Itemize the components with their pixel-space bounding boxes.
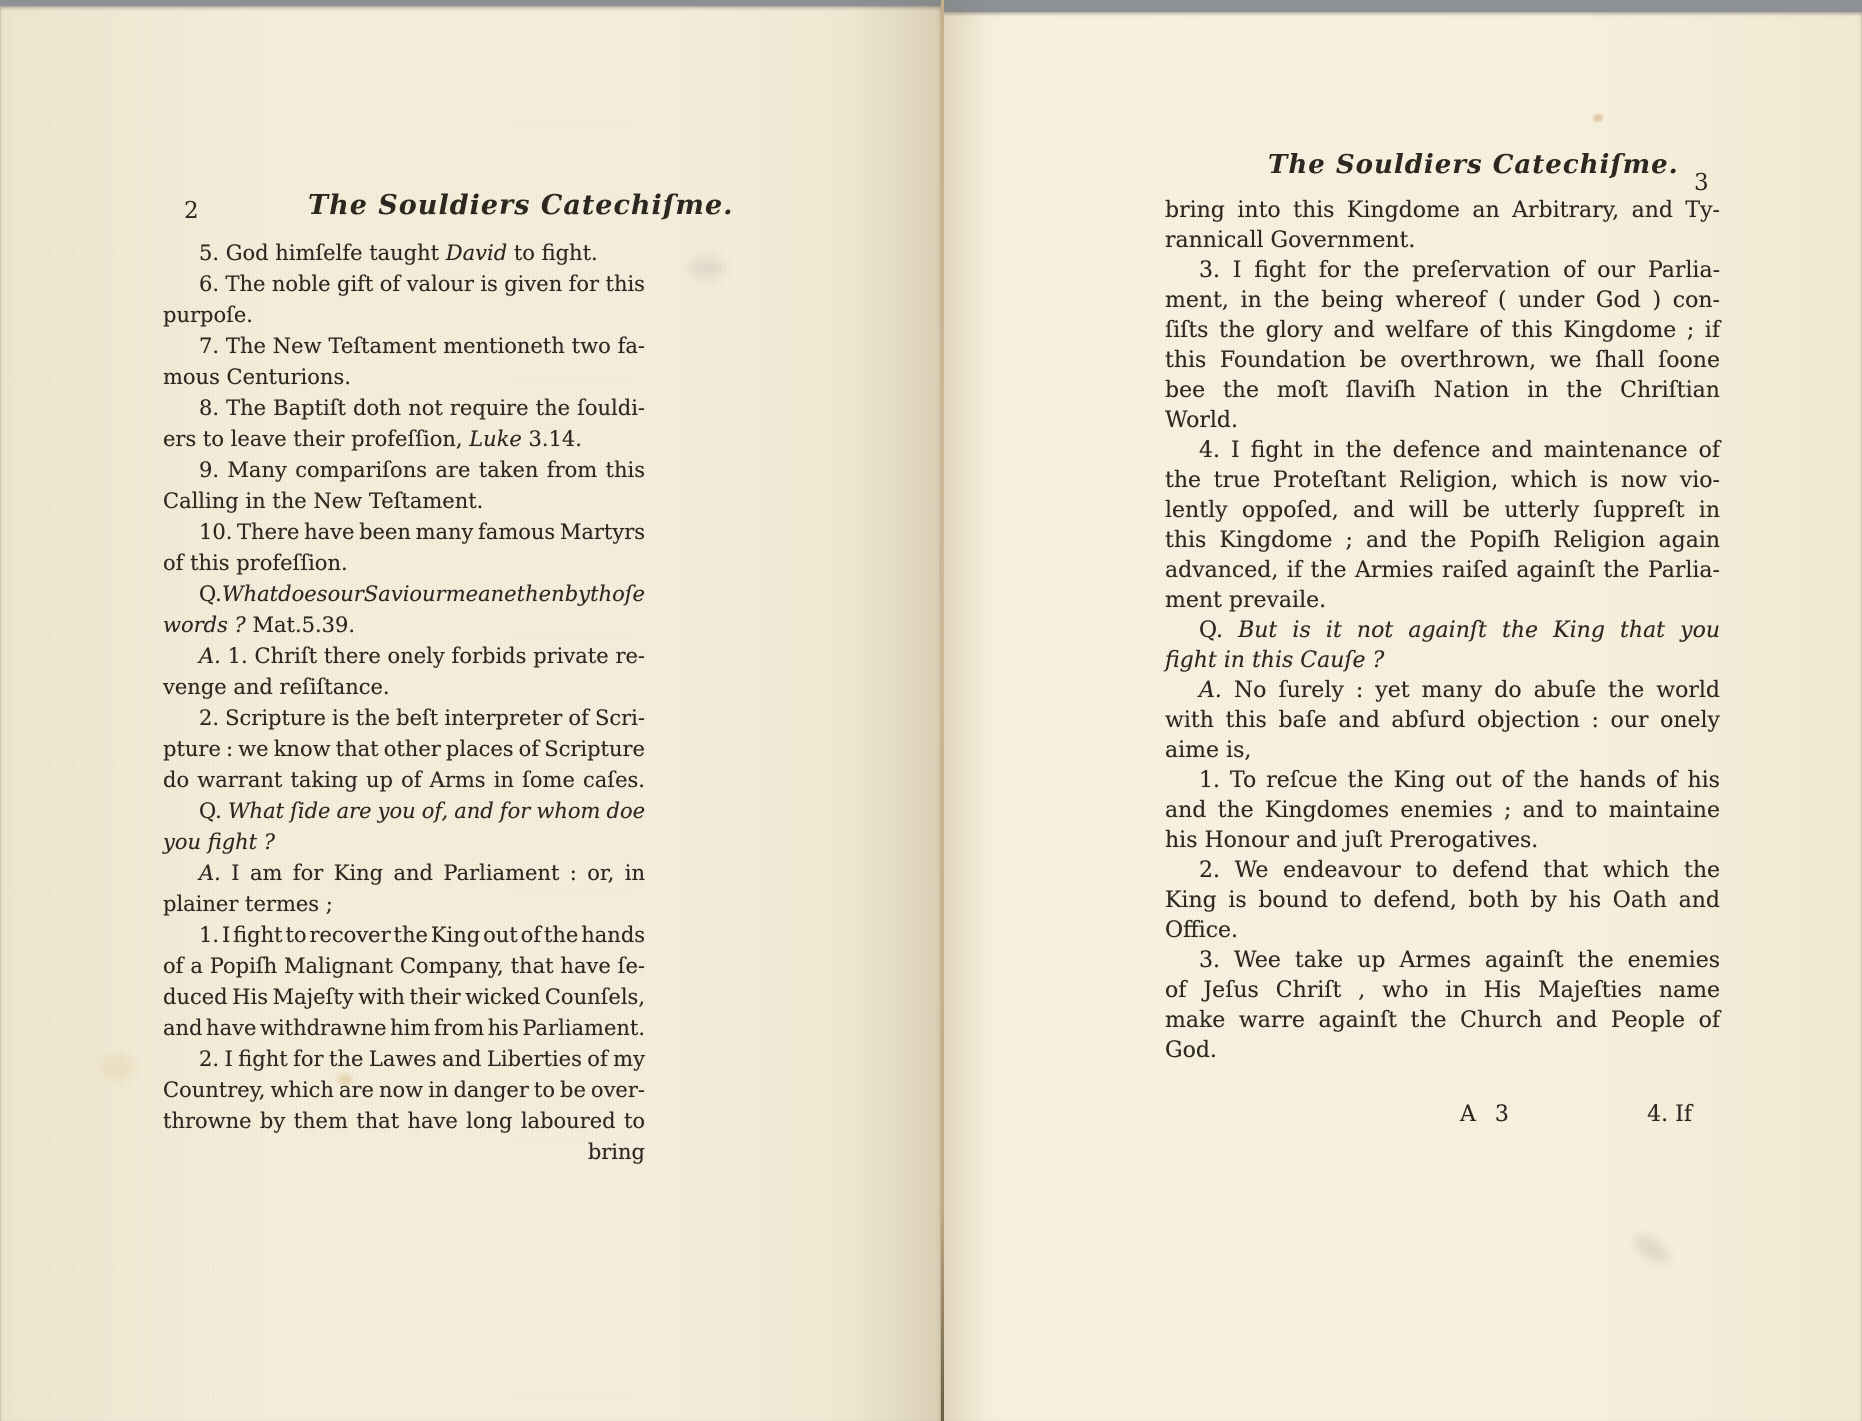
text-line: bee the moſt ſlaviſh Nation in the Chriſ… (1165, 376, 1720, 406)
binding-gutter (941, 0, 944, 1421)
catchword: bring (163, 1137, 645, 1168)
text-line: duced His Majeſty with their wicked Coun… (163, 982, 645, 1013)
text-line: 3. Wee take up Armes againſt the enemies (1165, 946, 1720, 976)
running-title-left: The Souldiers Catechiſme. (308, 190, 638, 221)
text-line: ment prevaile. (1165, 586, 1720, 616)
text-line: with this baſe and abſurd objection : ou… (1165, 706, 1720, 736)
text-line: 1. I fight to recover the King out of th… (163, 920, 645, 951)
text-line: words ? Mat.5.39. (163, 610, 645, 641)
text-line: pture : we know that other places of Scr… (163, 734, 645, 765)
running-title-right: The Souldiers Catechiſme. (1268, 150, 1592, 180)
stain (1629, 1230, 1672, 1268)
text-line: Q. What does our Saviour meane then by t… (163, 579, 645, 610)
text-line: 7. The New Teſtament mentioneth two fa- (163, 331, 645, 362)
text-line: lently oppoſed, and will be utterly ſupp… (1165, 496, 1720, 526)
text-line: A. 1. Chriſt there onely forbids private… (163, 641, 645, 672)
text-line: aime is, (1165, 736, 1720, 766)
stain (688, 258, 724, 278)
left-page-text: 5. God himſelfe taught David to fight.6.… (163, 238, 645, 1168)
text-line: of Jeſus Chriſt , who in His Majeſties n… (1165, 976, 1720, 1006)
text-line: Calling in the New Teſtament. (163, 486, 645, 517)
text-line: ment, in the being whereof ( under God )… (1165, 286, 1720, 316)
text-line: Office. (1165, 916, 1720, 946)
text-line: of this profeſſion. (163, 548, 645, 579)
stain (100, 1054, 134, 1080)
text-line: venge and reſiſtance. (163, 672, 645, 703)
gutter-shadow (845, 0, 941, 1421)
text-line: 2. I fight for the Lawes and Liberties o… (163, 1044, 645, 1075)
text-line: 10. There have been many famous Martyrs (163, 517, 645, 548)
signature-row: A 3 4. If (1165, 1100, 1720, 1132)
right-page-text: bring into this Kingdome an Arbitrary, a… (1165, 196, 1720, 1066)
left-page: 2 The Souldiers Catechiſme. 5. God himſe… (0, 6, 941, 1421)
text-line: this Kingdome ; and the Popiſh Religion … (1165, 526, 1720, 556)
text-line: 2. We endeavour to defend that which the (1165, 856, 1720, 886)
text-line: 1. To reſcue the King out of the hands o… (1165, 766, 1720, 796)
right-page: 3 The Souldiers Catechiſme. bring into t… (941, 12, 1862, 1421)
text-line: this Foundation be overthrown, we ſhall … (1165, 346, 1720, 376)
text-line: and the Kingdomes enemies ; and to maint… (1165, 796, 1720, 826)
text-line: and have withdrawne him from his Parliam… (163, 1013, 645, 1044)
text-line: fight in this Cauſe ? (1165, 646, 1720, 676)
text-line: purpoſe. (163, 300, 645, 331)
text-line: Countrey, which are now in danger to be … (163, 1075, 645, 1106)
text-line: 3. I fight for the preſervation of our P… (1165, 256, 1720, 286)
stain (1593, 114, 1603, 122)
text-line: King is bound to defend, both by his Oat… (1165, 886, 1720, 916)
text-line: 6. The noble gift of valour is given for… (163, 269, 645, 300)
text-line: 9. Many compariſons are taken from this (163, 455, 645, 486)
text-line: throwne by them that have long laboured … (163, 1106, 645, 1137)
text-line: 2. Scripture is the beſt interpreter of … (163, 703, 645, 734)
text-line: 4. I fight in the defence and maintenanc… (1165, 436, 1720, 466)
page-number-left: 2 (184, 198, 199, 224)
text-line: 5. God himſelfe taught David to fight. (163, 238, 645, 269)
text-line: bring into this Kingdome an Arbitrary, a… (1165, 196, 1720, 226)
text-line: of a Popiſh Malignant Company, that have… (163, 951, 645, 982)
text-line: his Honour and juſt Prerogatives. (1165, 826, 1720, 856)
text-line: do warrant taking up of Arms in ſome caſ… (163, 765, 645, 796)
text-line: Q. But is it not againſt the King that y… (1165, 616, 1720, 646)
catchword: 4. If (1647, 1100, 1692, 1130)
text-line: mous Centurions. (163, 362, 645, 393)
text-line: ers to leave their profeſſion, Luke 3.14… (163, 424, 645, 455)
text-line: Q. What ſide are you of, and for whom do… (163, 796, 645, 827)
text-line: advanced, if the Armies raiſed againſt t… (1165, 556, 1720, 586)
book-scan-spread: 2 The Souldiers Catechiſme. 5. God himſe… (0, 0, 1862, 1421)
text-line: A. No ſurely : yet many do abuſe the wor… (1165, 676, 1720, 706)
text-line: ſiſts the glory and welfare of this King… (1165, 316, 1720, 346)
text-line: A. I am for King and Parliament : or, in (163, 858, 645, 889)
page-number-right: 3 (1694, 170, 1709, 196)
text-line: make warre againſt the Church and People… (1165, 1006, 1720, 1036)
gutter-shadow (944, 0, 986, 1421)
text-line: the true Proteſtant Religion, which is n… (1165, 466, 1720, 496)
text-line: 8. The Baptiſt doth not require the ſoul… (163, 393, 645, 424)
text-line: World. (1165, 406, 1720, 436)
text-line: God. (1165, 1036, 1720, 1066)
gathering-signature: A 3 (1460, 1100, 1515, 1130)
text-line: rannicall Government. (1165, 226, 1720, 256)
text-line: plainer termes ; (163, 889, 645, 920)
text-line: you fight ? (163, 827, 645, 858)
